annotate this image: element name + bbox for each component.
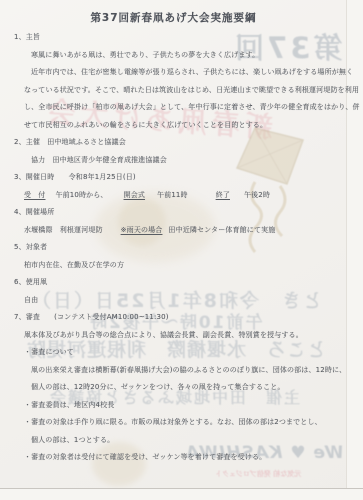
- doc-line: 5、対象者: [0, 239, 347, 257]
- doc-line: 柏市内在住、在勤及び在学の方: [0, 257, 347, 275]
- bleedthrough-kashiwa-tagline: 元気な柏 発信プロジェクト: [215, 469, 301, 479]
- doc-line: 近年市内では、住宅が密集し電線等が張り巡らされ、子供たちには、楽しい凧あげをする…: [0, 64, 347, 82]
- doc-text: 2、主催 田中地域ふるさと協議会: [14, 138, 126, 146]
- doc-text: 個人の部は、12時20分に、ゼッケンをつけ、各々の凧を持って集合すること。: [31, 383, 285, 391]
- doc-text: 午前10時から、: [55, 191, 107, 199]
- doc-line: ・審査について: [0, 344, 347, 362]
- doc-line: 個人の部は、12時20分に、ゼッケンをつけ、各々の凧を持って集合すること。: [0, 379, 347, 397]
- doc-line: ・審査委員は、地区内4校長: [0, 397, 347, 415]
- doc-text: 自由: [24, 296, 38, 304]
- scan-bottom-strip: [0, 489, 363, 500]
- doc-text: 4、開催場所: [14, 208, 54, 216]
- doc-text: 寒風に舞いあがる凧は、勇壮であり、子供たちの夢を大きく広げます。: [31, 51, 259, 59]
- document-title: 第37回新春凧あげ大会実施要綱: [0, 10, 347, 25]
- doc-text: なっている状況です。そこで、晴れた日は筑波山をはじめ、日光連山まで眺望できる利根…: [24, 86, 359, 94]
- doc-text: し、全市民に呼掛け「柏市の凧あげ大会」として、年中行事に定着させ、青少年の健全育…: [24, 103, 360, 111]
- doc-text: ・審査について: [24, 348, 74, 356]
- doc-line: 自由: [0, 292, 347, 310]
- doc-line: 凧の出来栄え審査は横断幕(新春凧揚げ大会)の脇のふるさとののぼり旗に、団体の部は…: [0, 362, 347, 380]
- doc-line: 凧本体及びあがり具合等の総合点により、協議会長賞、副会長賞、特別賞を授与する。: [0, 327, 347, 345]
- doc-text: 5、対象者: [14, 243, 47, 251]
- doc-text: せて市民相互のふれあいの輪をさらに大きく広げていくことを目的とする。: [24, 121, 267, 129]
- doc-text: 近年市内では、住宅が密集し電線等が張り巡らされ、子供たちには、楽しい凧あげをする…: [31, 68, 353, 76]
- doc-line: し、全市民に呼掛け「柏市の凧あげ大会」として、年中行事に定着させ、青少年の健全育…: [0, 99, 347, 117]
- doc-line: 2、主催 田中地域ふるさと協議会: [0, 134, 347, 152]
- doc-text: 午前11時: [157, 191, 188, 199]
- doc-line: ・審査の対象者は受付にて確認を受け、ゼッケン等を着けて審査を受ける。: [0, 449, 347, 467]
- doc-text: 協力 田中地区青少年健全育成推進協議会: [31, 156, 167, 164]
- doc-line: 寒風に舞いあがる凧は、勇壮であり、子供たちの夢を大きく広げます。: [0, 47, 347, 65]
- doc-line: せて市民相互のふれあいの輪をさらに大きく広げていくことを目的とする。: [0, 117, 347, 135]
- doc-text: 柏市内在住、在勤及び在学の方: [24, 261, 124, 269]
- doc-text: 午後2時: [244, 191, 270, 199]
- doc-line: 水堰橋際 利根運河堤防※雨天の場合田中近隣センター体育館にて実施: [0, 222, 347, 240]
- doc-text: 3、開催日時 令和8年1月25日(日): [14, 173, 136, 181]
- doc-text: 個人の部は、1つとする。: [31, 436, 114, 444]
- doc-text: 凧本体及びあがり具合等の総合点により、協議会長賞、副会長賞、特別賞を授与する。: [24, 331, 303, 339]
- doc-line: 4、開催場所: [0, 204, 347, 222]
- underlined-term: 終了: [216, 191, 230, 199]
- underlined-term: 開会式: [124, 191, 145, 199]
- doc-text: ・審査の対象者は受付にて確認を受け、ゼッケン等を着けて審査を受ける。: [24, 453, 266, 461]
- doc-text: 1、主旨: [14, 33, 40, 41]
- doc-text: (コンテスト受付AM10:00~11:30): [54, 313, 169, 321]
- underlined-term: ※雨天の場合: [121, 226, 163, 234]
- doc-line: 1、主旨: [0, 29, 347, 47]
- doc-text: 6、使用凧: [14, 278, 47, 286]
- document-lines: 1、主旨寒風に舞いあがる凧は、勇壮であり、子供たちの夢を大きく広げます。近年市内…: [0, 29, 347, 467]
- doc-text: 凧の出来栄え審査は横断幕(新春凧揚げ大会)の脇のふるさとののぼり旗に、団体の部は…: [31, 366, 346, 374]
- doc-line: 3、開催日時 令和8年1月25日(日): [0, 169, 347, 187]
- doc-line: 協力 田中地区青少年健全育成推進協議会: [0, 152, 347, 170]
- doc-text: 田中近隣センター体育館にて実施: [168, 226, 275, 234]
- doc-line: なっている状況です。そこで、晴れた日は筑波山をはじめ、日光連山まで眺望できる利根…: [0, 82, 347, 100]
- doc-text: 7、審査: [14, 313, 40, 321]
- scanned-document-page: 第37回 新春凧あげ大会 とき 令和8年1月25日（日） 午前10時～午後2時 …: [0, 0, 363, 500]
- doc-line: 個人の部は、1つとする。: [0, 432, 347, 450]
- doc-text: ・審査の対象は手作り凧に限る。市販の凧は対象外とする。なお、団体の部は2つまでと…: [24, 418, 322, 426]
- doc-line: 受 付午前10時から、開会式午前11時終了午後2時: [0, 187, 347, 205]
- doc-line: ・審査の対象は手作り凧に限る。市販の凧は対象外とする。なお、団体の部は2つまでと…: [0, 414, 347, 432]
- doc-line: 7、審査(コンテスト受付AM10:00~11:30): [0, 309, 347, 327]
- doc-line: 6、使用凧: [0, 274, 347, 292]
- doc-text: 水堰橋際 利根運河堤防: [24, 226, 103, 234]
- doc-text: ・審査委員は、地区内4校長: [24, 401, 114, 409]
- underlined-term: 受 付: [24, 191, 45, 199]
